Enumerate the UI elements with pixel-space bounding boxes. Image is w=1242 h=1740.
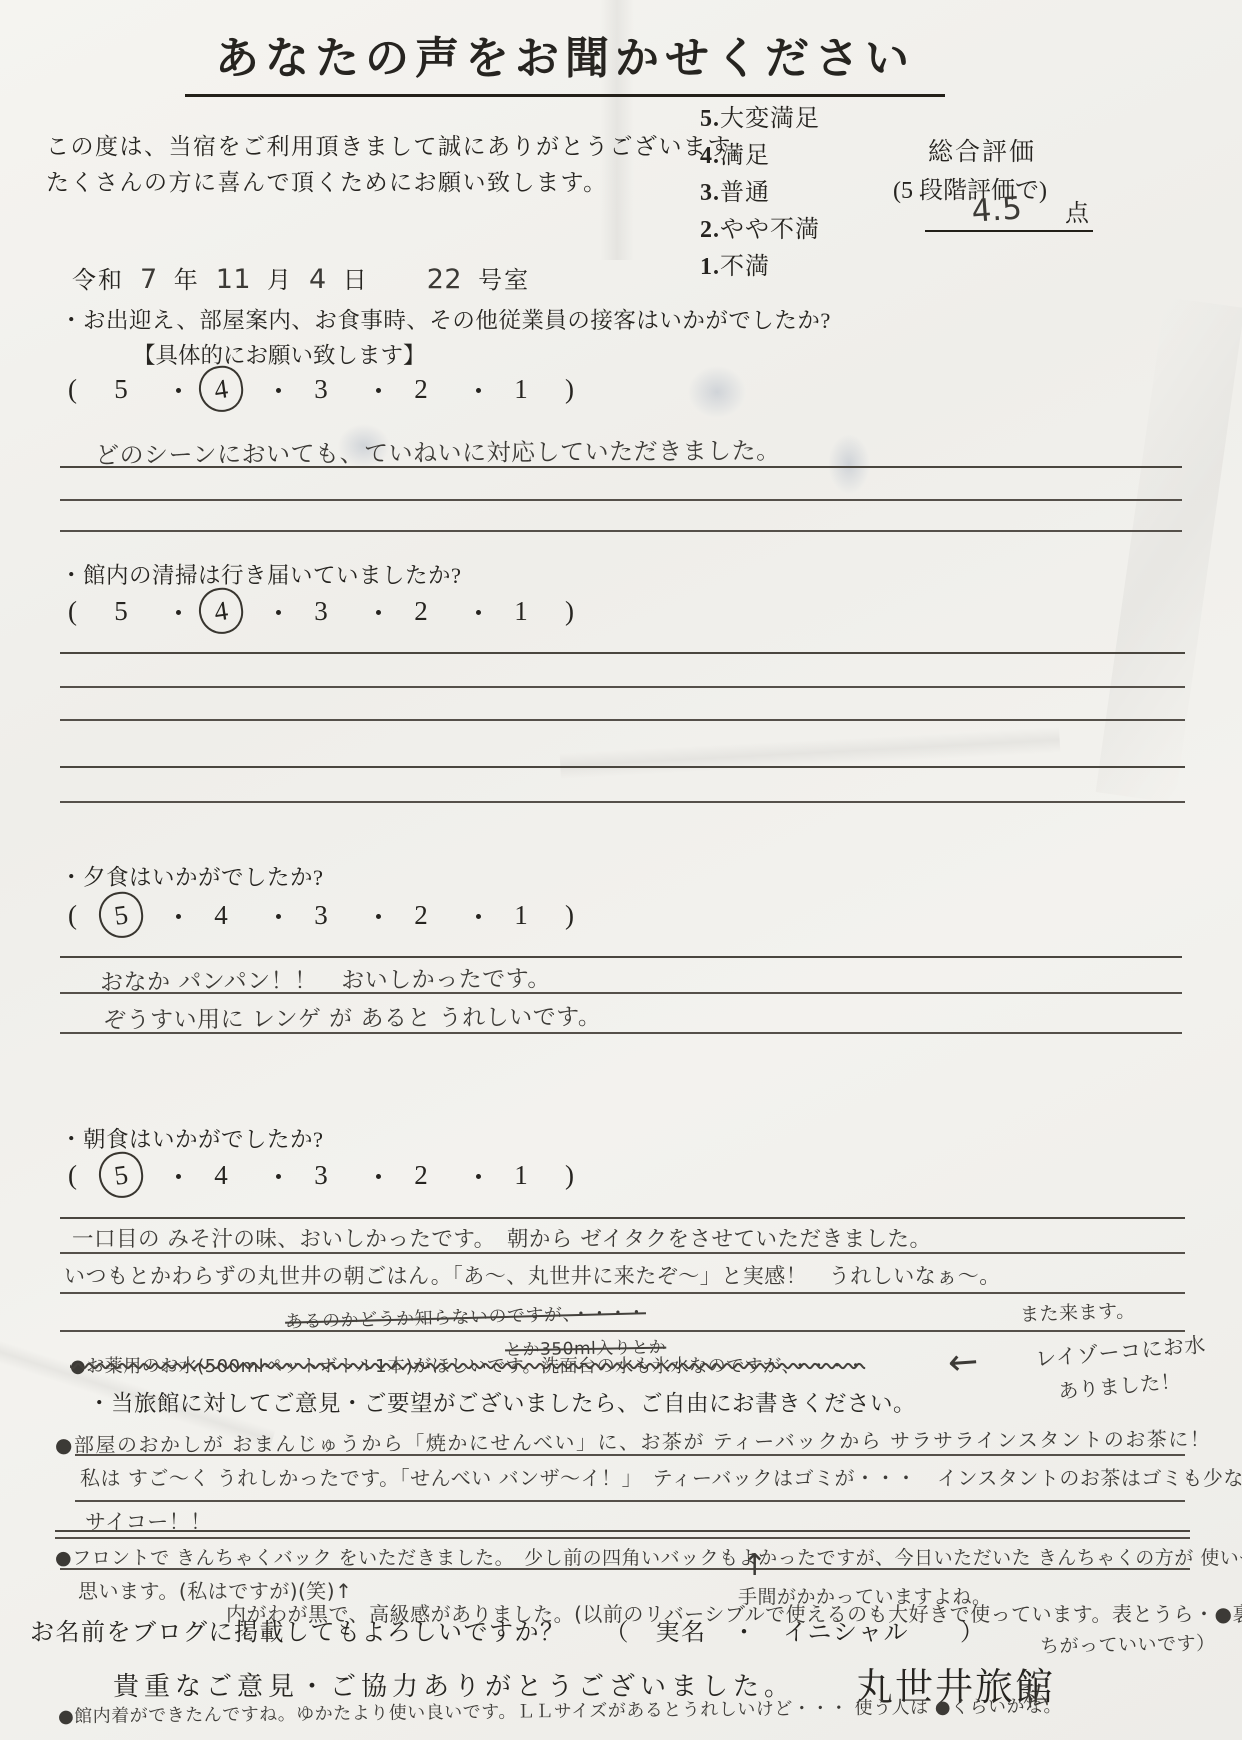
scale-close-paren: ) bbox=[565, 900, 574, 931]
scale-separator: ・ bbox=[265, 592, 277, 631]
rating-option: 3 bbox=[299, 366, 343, 412]
dinner-answer-2: ぞうすい用に レンゲ が あると うれしいです。 bbox=[103, 998, 602, 1034]
rating-option: 2 bbox=[399, 892, 443, 938]
scale-open-paren: ( bbox=[68, 900, 77, 931]
overall-score-unit: 点 bbox=[1065, 193, 1089, 228]
scale-separator: ・ bbox=[265, 370, 277, 409]
scale-separator: ・ bbox=[165, 592, 177, 631]
answer-rule bbox=[55, 1530, 1190, 1532]
answer-rule bbox=[60, 466, 1182, 468]
room-number-value: 22 bbox=[427, 264, 462, 295]
answer-rule bbox=[60, 719, 1185, 721]
overall-score-label: 総合評価 bbox=[928, 132, 1036, 168]
scale-separator: ・ bbox=[465, 1156, 477, 1195]
year-label: 年 bbox=[174, 260, 200, 295]
breakfast-answer-1: 一口目の みそ汁の味、おいしかったです。 朝から ゼイタクをさせていただきました… bbox=[72, 1222, 932, 1253]
answer-rule bbox=[75, 1454, 1185, 1456]
rating-option: 3 bbox=[299, 588, 343, 634]
answer-rule bbox=[75, 1500, 1185, 1502]
answer-rule bbox=[60, 801, 1185, 803]
answer-rule bbox=[60, 766, 1185, 768]
ink-smudge bbox=[828, 434, 870, 494]
month-value: 11 bbox=[216, 264, 251, 295]
question-service: ・お出迎え、部屋案内、お食事時、その他従業員の接客はいかがでしたか? bbox=[60, 303, 831, 335]
answer-rule bbox=[60, 1217, 1185, 1219]
fridge-water-note-1: レイゾーコにお水 bbox=[1034, 1329, 1207, 1374]
day-label: 日 bbox=[343, 260, 369, 295]
selected-rating-circled: 5 bbox=[96, 1149, 146, 1201]
rating-option: 4 bbox=[199, 892, 243, 938]
scale-separator: ・ bbox=[265, 1156, 277, 1195]
scale-close-paren: ) bbox=[565, 374, 574, 405]
up-arrow-icon: ↑ bbox=[742, 1548, 768, 1583]
scale-separator: ・ bbox=[465, 896, 477, 935]
answer-rule bbox=[60, 1292, 1185, 1294]
scale-open-paren: ( bbox=[68, 374, 77, 405]
question-cleaning: ・館内の清掃は行き届いていましたか? bbox=[60, 558, 462, 590]
rating-option: 2 bbox=[399, 588, 443, 634]
scale-separator: ・ bbox=[165, 1156, 177, 1195]
scale-separator: ・ bbox=[465, 370, 477, 409]
answer-rule bbox=[60, 652, 1185, 654]
service-answer: どのシーンにおいても、ていねいに対応していただきました。 bbox=[95, 431, 781, 471]
feedback-prompt: ・当旅館に対してご意見・ご要望がございましたら、ご自由にお書きください。 bbox=[88, 1386, 916, 1418]
scale-open-paren: ( bbox=[68, 1160, 77, 1191]
answer-rule bbox=[60, 530, 1182, 532]
ink-smudge bbox=[688, 366, 746, 418]
feedback-line-1: ●部屋のおかしが おまんじゅうから「焼かにせんべい」に、お茶が ティーバックから… bbox=[55, 1423, 1211, 1458]
legend-item: 3.普通 bbox=[700, 172, 820, 209]
room-label: 号室 bbox=[478, 260, 530, 295]
rating-option: 2 bbox=[399, 366, 443, 412]
answer-rule bbox=[60, 1568, 1190, 1570]
scale-separator: ・ bbox=[365, 370, 377, 409]
breakfast-rating-scale: (5・4・3・2・1) bbox=[68, 1152, 574, 1198]
paper-crease bbox=[1096, 297, 1242, 803]
month-label: 月 bbox=[267, 260, 293, 295]
feedback-line-7: ちがっていいです） bbox=[1040, 1628, 1216, 1658]
answer-rule bbox=[60, 1252, 1185, 1254]
rating-option: 1 bbox=[499, 588, 543, 634]
answer-rule bbox=[60, 1032, 1182, 1034]
scale-separator: ・ bbox=[365, 592, 377, 631]
return-note: また来ます。 bbox=[1020, 1296, 1136, 1327]
scale-separator: ・ bbox=[165, 896, 177, 935]
fridge-water-note-2: ありました！ bbox=[1057, 1365, 1182, 1405]
answer-rule bbox=[60, 992, 1182, 994]
scale-close-paren: ) bbox=[565, 596, 574, 627]
scale-separator: ・ bbox=[465, 592, 477, 631]
answer-rule bbox=[60, 686, 1185, 688]
rating-option: 1 bbox=[499, 892, 543, 938]
rating-option: 3 bbox=[299, 892, 343, 938]
answer-rule bbox=[60, 499, 1182, 501]
overall-score-value: 4.5 bbox=[928, 187, 1066, 232]
rating-option: 5 bbox=[99, 588, 143, 634]
breakfast-answer-2: いつもとかわらずの丸世井の朝ごはん。「あ〜、丸世井に来たぞ〜」と実感！ うれしい… bbox=[64, 1260, 1001, 1290]
legend-item: 4.満足 bbox=[700, 135, 820, 172]
date-room-line: 令和 7 年 11 月 4 日 22 号室 bbox=[72, 260, 530, 295]
rating-option: 2 bbox=[399, 1152, 443, 1198]
rating-option: 4 bbox=[199, 1152, 243, 1198]
form-title: あなたの声をお聞かせください bbox=[185, 22, 945, 97]
scale-open-paren: ( bbox=[68, 596, 77, 627]
scanned-guest-questionnaire: { "doc": { "title": "あなたの声をお聞かせください", "i… bbox=[0, 0, 1242, 1740]
rating-option: 1 bbox=[499, 1152, 543, 1198]
rating-legend: 5.大変満足4.満足3.普通2.やや不満1.不満 bbox=[700, 98, 820, 283]
rating-option: 3 bbox=[299, 1152, 343, 1198]
day-value: 4 bbox=[309, 264, 327, 295]
legend-item: 2.やや不満 bbox=[700, 209, 820, 246]
cleaning-rating-scale: (5・4・3・2・1) bbox=[68, 588, 574, 634]
rating-option: 1 bbox=[499, 366, 543, 412]
answer-rule bbox=[60, 1330, 1185, 1332]
selected-rating-circled: 4 bbox=[196, 585, 246, 637]
service-rating-scale: (5・4・3・2・1) bbox=[68, 366, 574, 412]
crossed-out-water-request: ●お薬用のお水(500mlペットボトル1本)がほしいです。洗面台の水も氷水なので… bbox=[70, 1352, 865, 1378]
rating-option: 5 bbox=[99, 366, 143, 412]
era-label: 令和 bbox=[72, 260, 124, 295]
question-breakfast: ・朝食はいかがでしたか? bbox=[60, 1122, 324, 1154]
legend-item: 1.不満 bbox=[700, 246, 820, 283]
overall-score-line: 4.5 点 bbox=[925, 192, 1093, 232]
scale-close-paren: ) bbox=[565, 1160, 574, 1191]
year-value: 7 bbox=[140, 264, 158, 295]
intro-line-2: たくさんの方に喜んで頂くためにお願い致します。 bbox=[46, 164, 608, 197]
selected-rating-circled: 4 bbox=[196, 363, 246, 415]
paper-crease bbox=[560, 727, 1061, 779]
scale-separator: ・ bbox=[265, 896, 277, 935]
dinner-rating-scale: (5・4・3・2・1) bbox=[68, 892, 574, 938]
blog-permission-question: お名前をブログに掲載してもよろしいですか？ （ 実名 ・ イニシャル ） bbox=[30, 1612, 986, 1647]
feedback-line-2: 私は すご〜く うれしかったです。「せんべい バンザ〜イ！」 ティーバックはゴミ… bbox=[80, 1462, 1242, 1491]
scale-separator: ・ bbox=[365, 1156, 377, 1195]
left-arrow-icon: ← bbox=[947, 1341, 980, 1384]
intro-line-1: この度は、当宿をご利用頂きまして誠にありがとうございます。 bbox=[46, 128, 755, 161]
feedback-line-4: ●フロントで きんちゃくバック をいただきました。 少し前の四角いバックもよかっ… bbox=[55, 1543, 1242, 1570]
legend-item: 5.大変満足 bbox=[700, 98, 820, 135]
answer-rule bbox=[60, 956, 1182, 958]
question-dinner: ・夕食はいかがでしたか? bbox=[60, 860, 324, 892]
crossed-out-note-1: あるのかどうか知らないのですが、・・・・ bbox=[285, 1298, 647, 1333]
scale-separator: ・ bbox=[365, 896, 377, 935]
scale-separator: ・ bbox=[165, 370, 177, 409]
answer-rule bbox=[55, 1537, 1190, 1539]
selected-rating-circled: 5 bbox=[96, 889, 146, 941]
